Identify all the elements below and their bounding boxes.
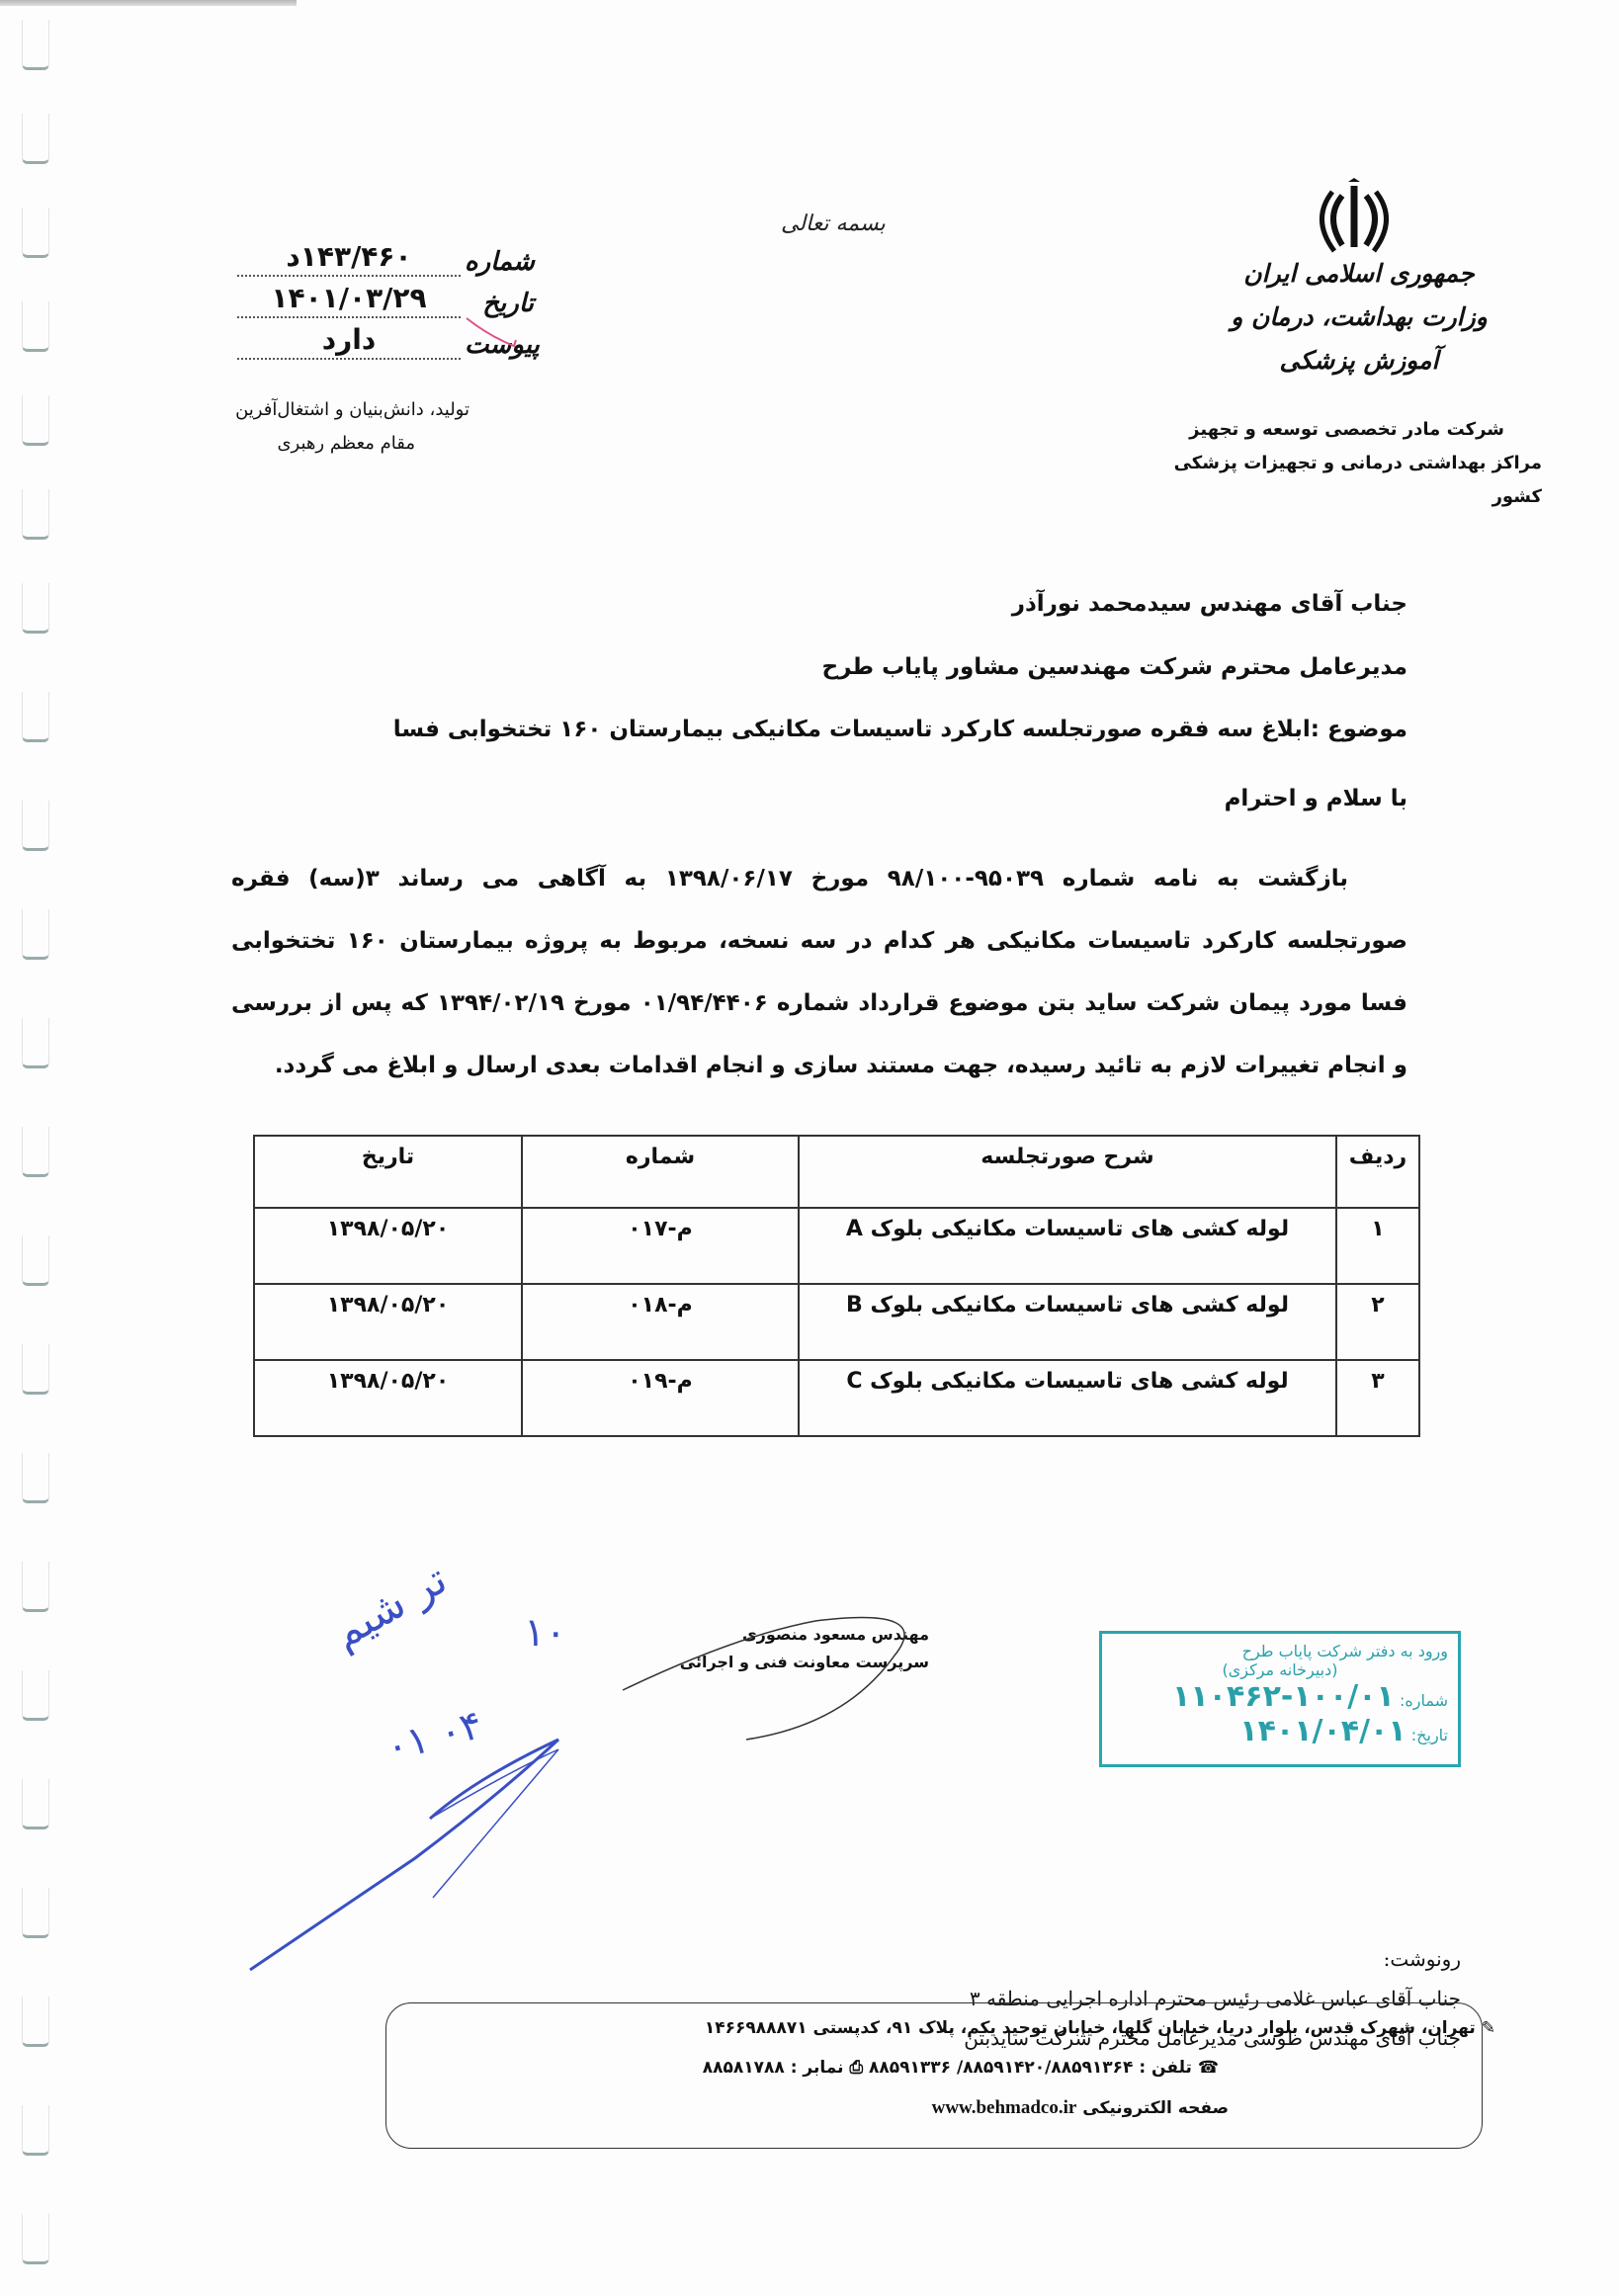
received-stamp: ورود به دفتر شرکت پایاب طرح (دبیرخانه مر… xyxy=(1099,1631,1461,1767)
meta-number: شماره ۱۴۳/۴۶۰د xyxy=(237,235,534,277)
cell-date: ۱۳۹۸/۰۵/۲۰ xyxy=(254,1360,522,1436)
meta-value: ۱۴۳/۴۶۰د xyxy=(237,240,461,277)
letter-body: بازگشت به نامه شماره ۹۵۰۳۹-۹۸/۱۰۰ مورخ ۱… xyxy=(231,848,1407,1097)
pen-mark-icon xyxy=(465,316,524,356)
binder-hole xyxy=(22,1997,49,2047)
republic-label: جمهوری اسلامی ایران xyxy=(1196,252,1522,296)
svg-text:تر شیم: تر شیم xyxy=(324,1555,455,1658)
col-header-date: تاریخ xyxy=(254,1136,522,1208)
company-line-2: مراکز بهداشتی درمانی و تجهیزات پزشکی کشو… xyxy=(1127,447,1542,514)
cell-date: ۱۳۹۸/۰۵/۲۰ xyxy=(254,1208,522,1284)
binder-hole xyxy=(22,801,49,851)
cell-row-number: ۱ xyxy=(1336,1208,1419,1284)
binder-hole xyxy=(22,114,49,164)
binder-hole xyxy=(22,1453,49,1503)
footer-address: ✎ تهران، شهرک قدس، بلوار دریا، خیابان گل… xyxy=(705,2018,1495,2038)
cell-number: م-۰۱۸ xyxy=(522,1284,799,1360)
meta-label: شماره xyxy=(465,247,534,277)
cc-label: رونوشت: xyxy=(670,1939,1461,1979)
cell-description: لوله کشی های تاسیسات مکانیکی بلوک B xyxy=(799,1284,1336,1360)
svg-text:۰۱ ۰۴: ۰۱ ۰۴ xyxy=(382,1702,487,1771)
binder-hole xyxy=(22,2214,49,2264)
company-line-1: شرکت مادر تخصصی توسعه و تجهیز xyxy=(1127,413,1542,447)
binder-hole xyxy=(22,583,49,634)
subject: موضوع :ابلاغ سه فقره صورتجلسه کارکرد تاس… xyxy=(231,717,1407,742)
cell-description: لوله کشی های تاسیسات مکانیکی بلوک C xyxy=(799,1360,1336,1436)
binder-hole xyxy=(22,1018,49,1068)
recipient-title: مدیرعامل محترم شرکت مهندسین مشاور پایاب … xyxy=(231,654,1407,680)
cell-date: ۱۳۹۸/۰۵/۲۰ xyxy=(254,1284,522,1360)
cell-number: م-۰۱۹ xyxy=(522,1360,799,1436)
cell-number: م-۰۱۷ xyxy=(522,1208,799,1284)
stamp-number-value: ۱۰۰/۰۱-۱۱۰۴۶۲ xyxy=(1172,1679,1395,1714)
binder-hole xyxy=(22,395,49,446)
website-label: صفحه الکترونیکی xyxy=(1082,2098,1229,2118)
motto-attribution: مقام معظم رهبری xyxy=(203,427,469,461)
fax-label: نمابر : xyxy=(791,2058,844,2078)
binder-hole xyxy=(22,1779,49,1829)
stamp-date: تاریخ: ۱۴۰۱/۰۴/۰۱ xyxy=(1112,1714,1448,1748)
binder-hole xyxy=(22,489,49,540)
binder-hole xyxy=(22,301,49,352)
motto: تولید، دانش‌بنیان و اشتغال‌آفرین مقام مع… xyxy=(203,393,469,461)
svg-text:۱۰: ۱۰ xyxy=(524,1610,566,1656)
cell-row-number: ۲ xyxy=(1336,1284,1419,1360)
stamp-number-label: شماره: xyxy=(1400,1691,1448,1710)
meta-value: دارد xyxy=(237,323,461,360)
binder-hole xyxy=(22,909,49,960)
binder-hole xyxy=(22,1562,49,1612)
table-header-row: ردیف شرح صورتجلسه شماره تاریخ xyxy=(254,1136,1419,1208)
minutes-table: ردیف شرح صورتجلسه شماره تاریخ ۱ لوله کشی… xyxy=(253,1135,1420,1437)
binder-holes xyxy=(0,0,79,2296)
col-header-row-number: ردیف xyxy=(1336,1136,1419,1208)
binder-hole xyxy=(22,1127,49,1177)
website-link[interactable]: www.behmadco.ir xyxy=(932,2097,1077,2118)
signature-loop-icon xyxy=(618,1616,934,1744)
binder-hole xyxy=(22,1888,49,1938)
phone-numbers: ۸۸۵۹۱۴۲۰/۸۸۵۹۱۳۶۴/ ۸۸۵۹۱۳۳۶ xyxy=(869,2058,1133,2078)
stamp-date-label: تاریخ: xyxy=(1411,1726,1448,1744)
footer-website: صفحه الکترونیکی www.behmadco.ir xyxy=(922,2097,1229,2119)
phone-icon: ☎ xyxy=(1192,2058,1219,2078)
col-header-number: شماره xyxy=(522,1136,799,1208)
greeting: با سلام و احترام xyxy=(231,786,1407,811)
meta-label: تاریخ xyxy=(465,289,534,318)
stamp-date-value: ۱۴۰۱/۰۴/۰۱ xyxy=(1239,1714,1406,1748)
table-row: ۳ لوله کشی های تاسیسات مکانیکی بلوک C م-… xyxy=(254,1360,1419,1436)
binder-hole xyxy=(22,208,49,258)
stamp-title: ورود به دفتر شرکت پایاب طرح xyxy=(1112,1642,1448,1660)
binder-hole xyxy=(22,2105,49,2156)
recipient: جناب آقای مهندس سیدمحمد نورآذر xyxy=(231,591,1407,617)
ministry-name: جمهوری اسلامی ایران وزارت بهداشت، درمان … xyxy=(1196,252,1522,383)
binder-hole xyxy=(22,20,49,70)
handwritten-signature-icon: تر شیم ۱۰ ۰۱ ۰۴ xyxy=(217,1542,652,1997)
table-row: ۱ لوله کشی های تاسیسات مکانیکی بلوک A م-… xyxy=(254,1208,1419,1284)
address-text: تهران، شهرک قدس، بلوار دریا، خیابان گلها… xyxy=(705,2018,1476,2038)
binder-hole xyxy=(22,1344,49,1395)
binder-hole xyxy=(22,692,49,742)
binder-hole xyxy=(22,1670,49,1721)
meta-date: تاریخ ۱۴۰۱/۰۳/۲۹ xyxy=(237,277,534,318)
fax-number: ۸۸۵۸۱۷۸۸ xyxy=(703,2058,785,2078)
pen-icon: ✎ xyxy=(1476,2018,1495,2038)
stamp-subtitle: (دبیرخانه مرکزی) xyxy=(1112,1660,1448,1679)
footer-phones: ☎ تلفن : ۸۸۵۹۱۴۲۰/۸۸۵۹۱۳۶۴/ ۸۸۵۹۱۳۳۶ ⎙ ن… xyxy=(703,2058,1219,2078)
meta-value: ۱۴۰۱/۰۳/۲۹ xyxy=(237,282,461,318)
stamp-number: شماره: ۱۰۰/۰۱-۱۱۰۴۶۲ xyxy=(1112,1679,1448,1714)
fax-icon: ⎙ xyxy=(844,2058,864,2078)
cell-description: لوله کشی های تاسیسات مکانیکی بلوک A xyxy=(799,1208,1336,1284)
company-name: شرکت مادر تخصصی توسعه و تجهیز مراکز بهدا… xyxy=(1127,413,1542,514)
col-header-description: شرح صورتجلسه xyxy=(799,1136,1336,1208)
cell-row-number: ۳ xyxy=(1336,1360,1419,1436)
motto-text: تولید، دانش‌بنیان و اشتغال‌آفرین xyxy=(203,393,469,427)
table-row: ۲ لوله کشی های تاسیسات مکانیکی بلوک B م-… xyxy=(254,1284,1419,1360)
basmala: بسمه تعالی xyxy=(781,212,886,236)
binder-hole xyxy=(22,1235,49,1286)
phone-label: تلفن : xyxy=(1139,2058,1192,2078)
ministry-label: وزارت بهداشت، درمان و آموزش پزشکی xyxy=(1196,296,1522,383)
